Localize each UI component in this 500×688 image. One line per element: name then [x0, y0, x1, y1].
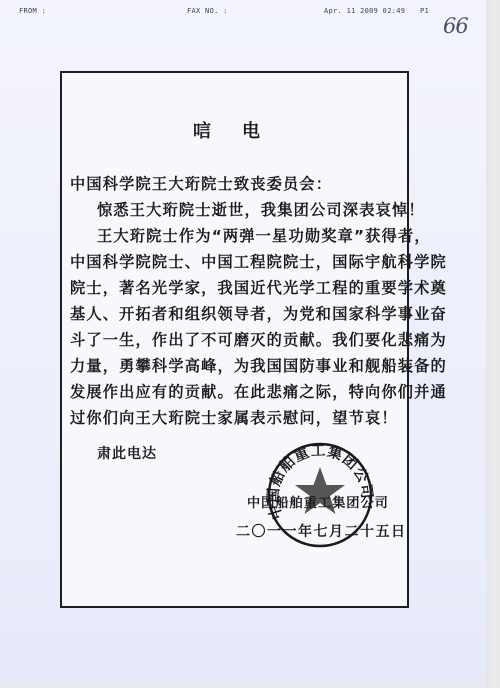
body-line: 力量，勇攀科学高峰，为我国国防事业和舰船装备的 — [70, 358, 447, 374]
closing-phrase: 肃此电达 — [97, 443, 157, 463]
fax-timestamp: Apr. 11 2009 02:49 — [324, 7, 405, 15]
document-title: 唁电 — [193, 117, 291, 143]
signature-organization: 中国船舶重工集团公司 — [247, 492, 389, 511]
body-line: 中国科学院院士、中国工程院院士，国际宇航科学院 — [70, 254, 447, 270]
body-line: 王大珩院士作为“两弹一星功勋奖章”获得者， — [97, 228, 431, 244]
fax-number-label: FAX NO. : — [187, 7, 228, 15]
scan-edge — [486, 0, 500, 688]
body-line: 斗了一生，作出了不可磨灭的贡献。我们要化悲痛为 — [70, 332, 447, 348]
fax-page-number: P1 — [420, 7, 429, 15]
fax-from-label: FROM : — [19, 7, 46, 15]
body-line: 院士，著名光学家，我国近代光学工程的重要学术奠 — [70, 280, 447, 296]
document-date: 二〇一一年七月二十五日 — [236, 521, 407, 541]
body-line: 过你们向王大珩院士家属表示慰问，望节哀！ — [70, 410, 398, 426]
scan-bottom-edge — [0, 682, 486, 688]
addressee: 中国科学院王大珩院士致丧委员会： — [70, 176, 332, 192]
body-line: 惊悉王大珩院士逝世，我集团公司深表哀悼！ — [97, 202, 425, 218]
body-line: 基人、开拓者和组织领导者，为党和国家科学事业奋 — [70, 306, 447, 322]
handwritten-number: 66 — [443, 14, 468, 38]
body-line: 发展作出应有的贡献。在此悲痛之际，特向你们并通 — [70, 384, 447, 400]
